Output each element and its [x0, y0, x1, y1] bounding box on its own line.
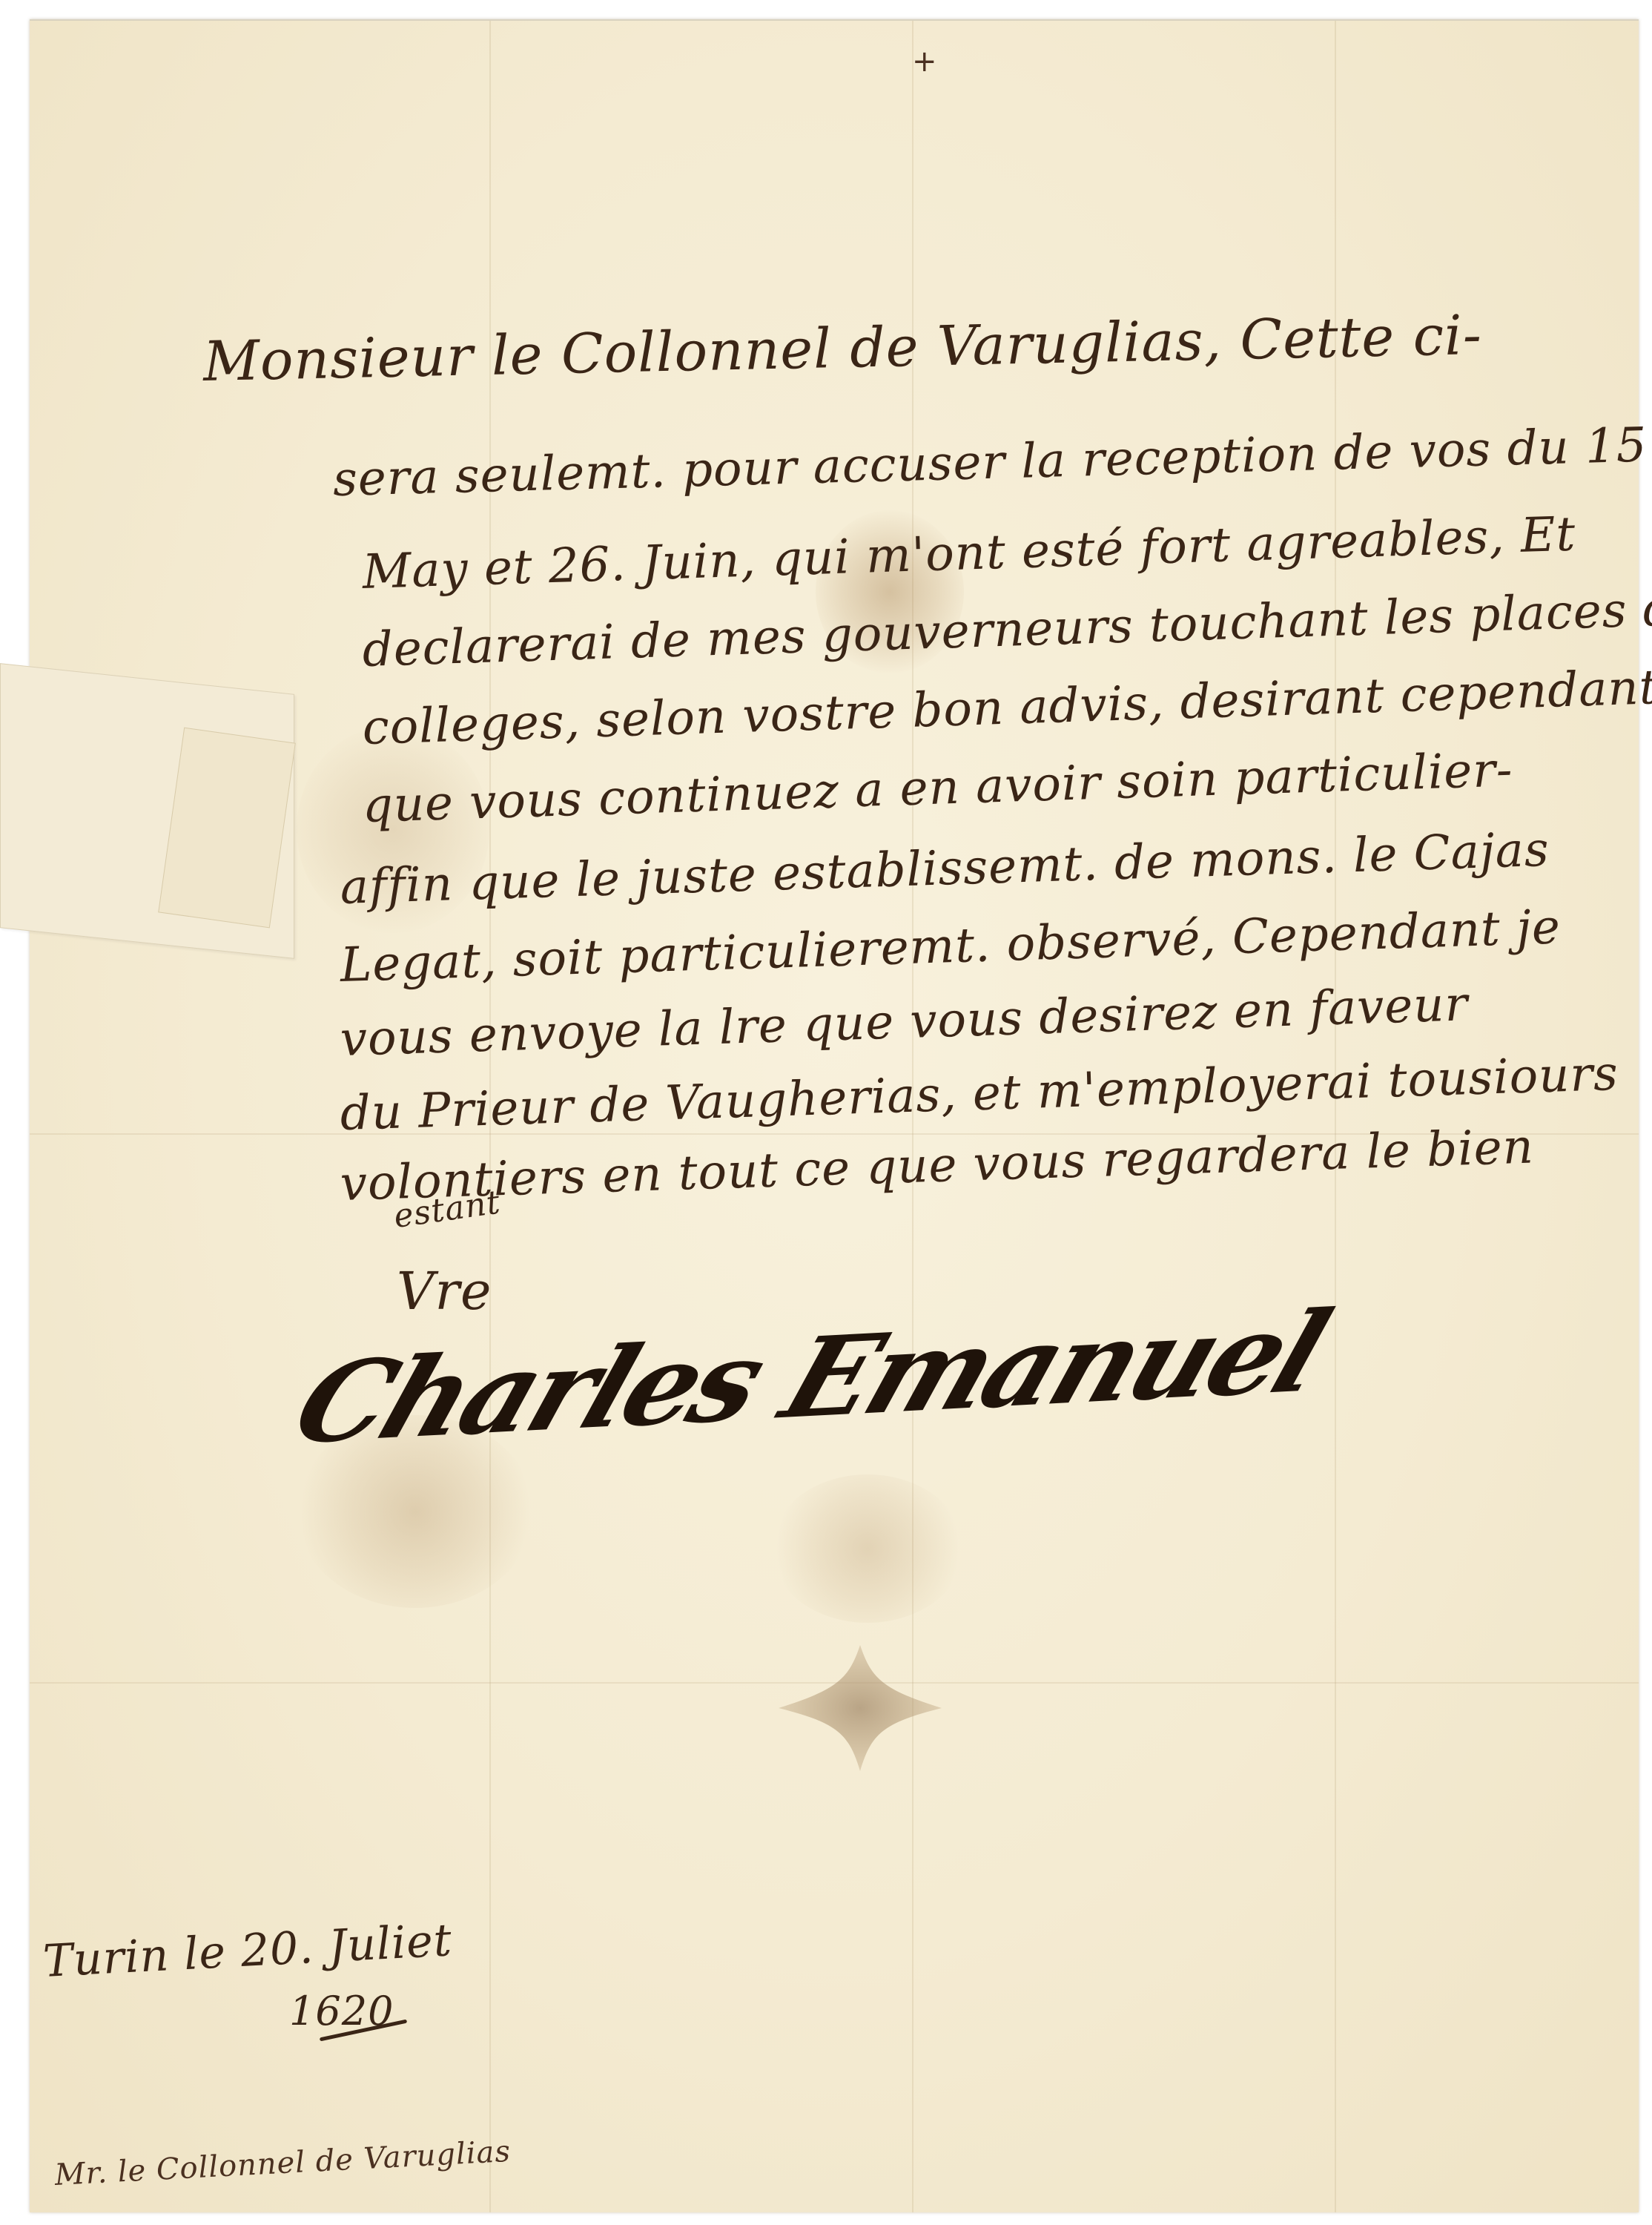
water-stain — [771, 1474, 964, 1623]
seal-stain-icon — [771, 1638, 949, 1779]
closing-salutation: Vre — [397, 1261, 492, 1322]
top-cross-mark: + — [912, 44, 937, 79]
